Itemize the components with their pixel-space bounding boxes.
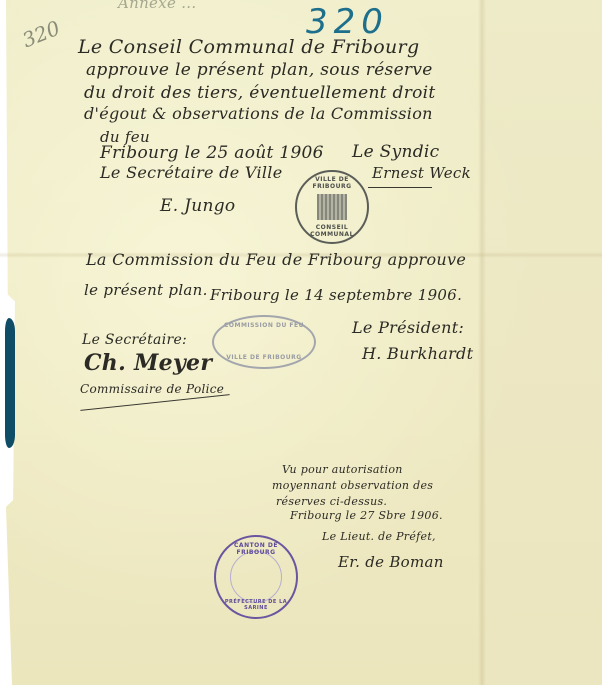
syndic-label: Le Syndic [352,142,440,162]
prefecture-stamp-top-text: CANTON DE FRIBOURG [216,542,296,556]
syndic-signature: Ernest Weck [372,164,471,182]
fire-line-2: le présent plan. [84,281,208,299]
fire-stamp-top-text: COMMISSION DU FEU [224,322,304,329]
canton-emblem-icon [230,551,282,603]
council-stamp-bottom-text: CONSEIL COMMUNAL [297,224,367,238]
prefect-label: Le Lieut. de Préfet, [322,530,436,543]
prefecture-place-date: Fribourg le 27 Sbre 1906. [290,509,443,522]
fire-place-date: Fribourg le 14 septembre 1906. [210,286,462,304]
vertical-fold-line [478,0,486,685]
blue-edge-tab [5,318,15,448]
council-line-2: approuve le présent plan, sous réserve [86,60,433,80]
right-paper-panel [484,0,602,685]
fire-president-signature: H. Burkhardt [362,344,473,363]
council-line-3: du droit des tiers, éventuellement droit [84,83,436,103]
top-pencil-note: Annexe ... [118,0,196,12]
fire-secretary-label: Le Secrétaire: [82,332,187,348]
prefect-signature: Er. de Boman [338,553,444,571]
prefecture-line-3: réserves ci-dessus. [276,495,387,508]
prefecture-stamp: CANTON DE FRIBOURG PRÉFECTURE DE LA SARI… [214,535,298,619]
council-secretary-label: Le Secrétaire de Ville [100,163,282,182]
prefecture-line-2: moyennant observation des [272,479,433,492]
council-line-4: d'égout & observations de la Commission [84,104,433,123]
council-secretary-signature: E. Jungo [160,196,235,216]
fire-secretary-signature: Ch. Meyer [84,350,212,376]
fire-secretary-title: Commissaire de Police [80,382,224,396]
fire-commission-stamp: COMMISSION DU FEU VILLE DE FRIBOURG [212,315,316,369]
council-stamp-top-text: VILLE DE FRIBOURG [297,176,367,190]
fire-line-1: La Commission du Feu de Fribourg approuv… [86,250,466,269]
building-emblem-icon [317,194,347,220]
syndic-underline [368,187,432,188]
prefecture-line-1: Vu pour autorisation [282,463,403,476]
council-line-1: Le Conseil Communal de Fribourg [78,36,419,58]
council-stamp: VILLE DE FRIBOURG CONSEIL COMMUNAL [295,170,369,244]
council-place-date: Fribourg le 25 août 1906 [100,143,324,163]
prefecture-stamp-bottom-text: PRÉFECTURE DE LA SARINE [216,599,296,611]
fire-stamp-bottom-text: VILLE DE FRIBOURG [226,354,301,361]
fire-president-label: Le Président: [352,318,464,337]
